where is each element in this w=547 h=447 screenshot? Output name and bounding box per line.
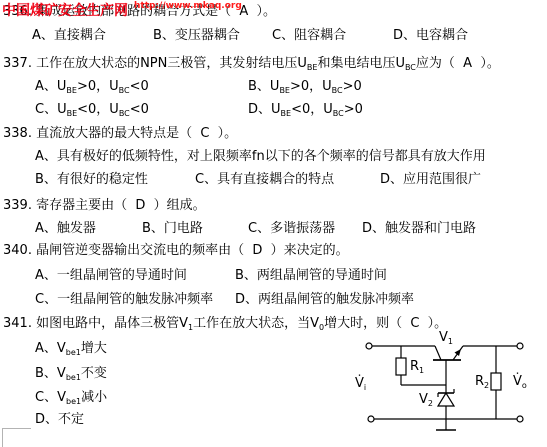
- label-transistor-v1: V1: [439, 330, 453, 346]
- option-339-b: B、门电路: [142, 221, 203, 236]
- option-338-b: B、有很好的稳定性: [35, 172, 148, 187]
- circuit-diagram: V1 R1 V2 R2 V̇i V̇o: [335, 330, 547, 447]
- option-340-a: A、一组晶闸管的导通时间: [35, 268, 187, 283]
- option-339-d: D、触发器和门电路: [362, 221, 476, 236]
- option-338-a: A、具有极好的低频特性，对上限频率fn以下的各个频率的信号都具有放大作用: [35, 149, 486, 164]
- option-338-c: C、具有直接耦合的特点: [195, 172, 334, 187]
- question-stem-337: 337. 工作在放大状态的NPN三极管，其发射结电压UBE和集电结电压UBC应为…: [3, 56, 500, 75]
- option-337-b: B、UBE>0，UBC>0: [248, 79, 362, 98]
- label-input-voltage: V̇i: [355, 376, 366, 392]
- option-340-c: C、一组晶闸管的触发脉冲频率: [35, 292, 213, 307]
- option-341-c: C、Vbe1减小: [35, 390, 107, 409]
- option-340-b: B、两组晶闸管的导通时间: [235, 268, 387, 283]
- watermark-site-url: http://www.mkaq.org: [134, 1, 242, 11]
- option-336-d: D、电容耦合: [393, 28, 468, 43]
- document-page: { "watermark": { "site_name": "中国煤矿安全生产网…: [0, 0, 547, 447]
- label-resistor-r1: R1: [410, 359, 424, 375]
- option-338-d: D、应用范围很广: [380, 172, 481, 187]
- option-341-d: D、不定: [35, 412, 84, 427]
- question-stem-338: 338. 直流放大器的最大特点是（ C ）。: [3, 126, 237, 141]
- option-336-b: B、变压器耦合: [153, 28, 240, 43]
- option-336-c: C、阻容耦合: [272, 28, 346, 43]
- watermark-site-name: 中国煤矿安全生产网: [2, 0, 128, 20]
- option-339-a: A、触发器: [35, 221, 96, 236]
- option-339-c: C、多谐振荡器: [248, 221, 335, 236]
- option-336-a: A、直接耦合: [32, 28, 106, 43]
- transistor-v1-symbol: [433, 346, 463, 385]
- zener-diode-v2-symbol: [438, 385, 454, 430]
- option-341-b: B、Vbe1不变: [35, 366, 107, 385]
- terminal-output-top: [517, 343, 523, 349]
- terminal-output-bottom: [517, 416, 523, 422]
- option-341-a: A、Vbe1增大: [35, 341, 107, 360]
- label-zener-v2: V2: [419, 392, 433, 408]
- label-output-voltage: V̇o: [513, 374, 527, 390]
- resistor-r2-symbol: [491, 346, 501, 419]
- page-corner-line: [2, 428, 31, 447]
- label-resistor-r2: R2: [475, 374, 489, 390]
- option-340-d: D、两组晶闸管的触发脉冲频率: [235, 292, 414, 307]
- question-stem-340: 340. 晶闸管逆变器输出交流电的频率由（ D ）来决定的。: [3, 243, 349, 258]
- question-stem-339: 339. 寄存器主要由（ D ）组成。: [3, 198, 206, 213]
- option-337-a: A、UBE>0，UBC<0: [35, 79, 149, 98]
- option-337-c: C、UBE<0，UBC<0: [35, 102, 149, 121]
- option-337-d: D、UBE<0，UBC>0: [248, 102, 363, 121]
- terminal-input-top: [366, 343, 372, 349]
- terminal-input-bottom: [368, 416, 374, 422]
